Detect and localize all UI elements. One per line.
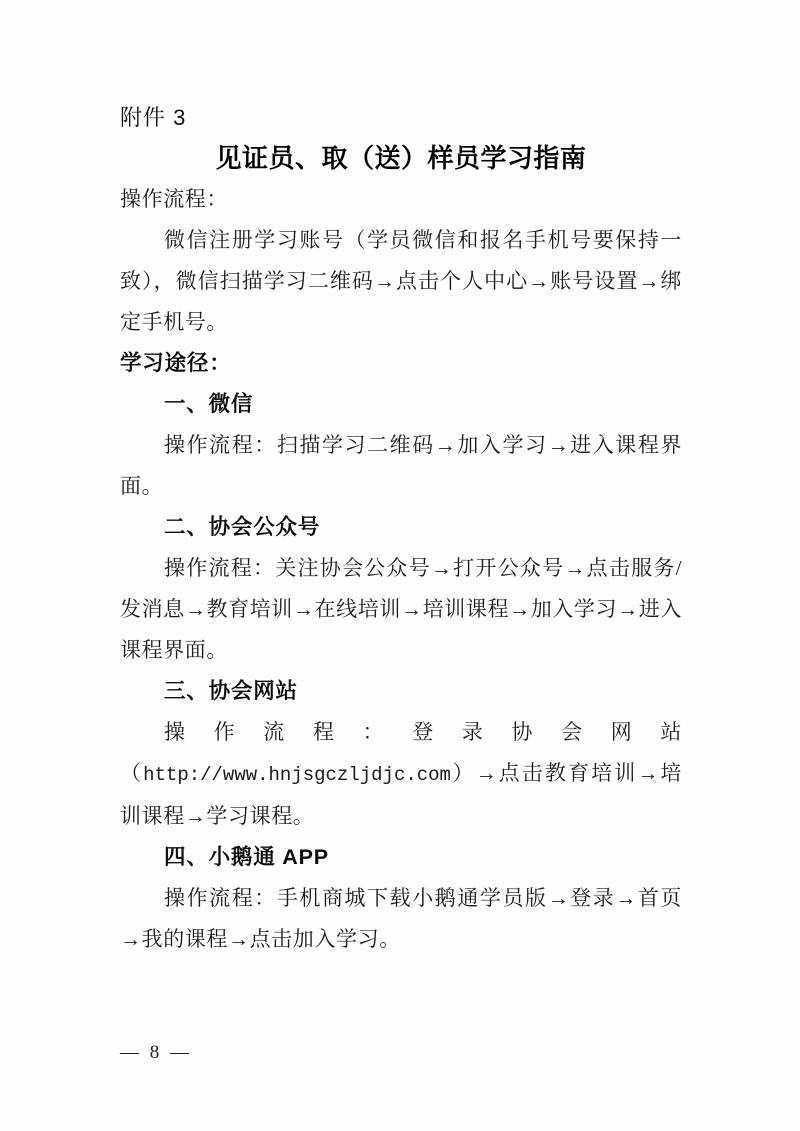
section-body-website: 操作流程：登录协会网站（http://www.hnjsgczljdjc.com）… <box>120 712 682 837</box>
section-heading-wechat: 一、微信 <box>120 384 682 425</box>
section-body-xiaoetong-app: 操作流程：手机商城下载小鹅通学员版→登录→首页→我的课程→点击加入学习。 <box>120 878 682 960</box>
paths-label: 学习途径： <box>120 343 682 384</box>
website-url: http://www.hnjsgczljdjc.com <box>143 764 451 786</box>
document-title: 见证员、取（送）样员学习指南 <box>120 139 682 179</box>
page-number: — 8 — <box>120 1040 192 1066</box>
section-body-official-account: 操作流程：关注协会公众号→打开公众号→点击服务/发消息→教育培训→在线培训→培训… <box>120 548 682 671</box>
section-xiaoetong-app: 四、小鹅通 APP 操作流程：手机商城下载小鹅通学员版→登录→首页→我的课程→点… <box>120 837 682 960</box>
section-heading-xiaoetong-app: 四、小鹅通 APP <box>120 837 682 878</box>
section-body-wechat: 操作流程：扫描学习二维码→加入学习→进入课程界面。 <box>120 425 682 507</box>
section-heading-website: 三、协会网站 <box>120 671 682 712</box>
section-official-account: 二、协会公众号 操作流程：关注协会公众号→打开公众号→点击服务/发消息→教育培训… <box>120 507 682 671</box>
process-label: 操作流程： <box>120 179 682 220</box>
section-website: 三、协会网站 操作流程：登录协会网站（http://www.hnjsgczljd… <box>120 671 682 837</box>
section-wechat: 一、微信 操作流程：扫描学习二维码→加入学习→进入课程界面。 <box>120 384 682 507</box>
document-page: 附件 3 见证员、取（送）样员学习指南 操作流程： 微信注册学习账号（学员微信和… <box>0 0 800 1131</box>
section-heading-official-account: 二、协会公众号 <box>120 507 682 548</box>
intro-paragraph: 微信注册学习账号（学员微信和报名手机号要保持一致），微信扫描学习二维码→点击个人… <box>120 220 682 343</box>
document-content: 附件 3 见证员、取（送）样员学习指南 操作流程： 微信注册学习账号（学员微信和… <box>120 103 682 960</box>
attachment-label: 附件 3 <box>120 103 682 133</box>
